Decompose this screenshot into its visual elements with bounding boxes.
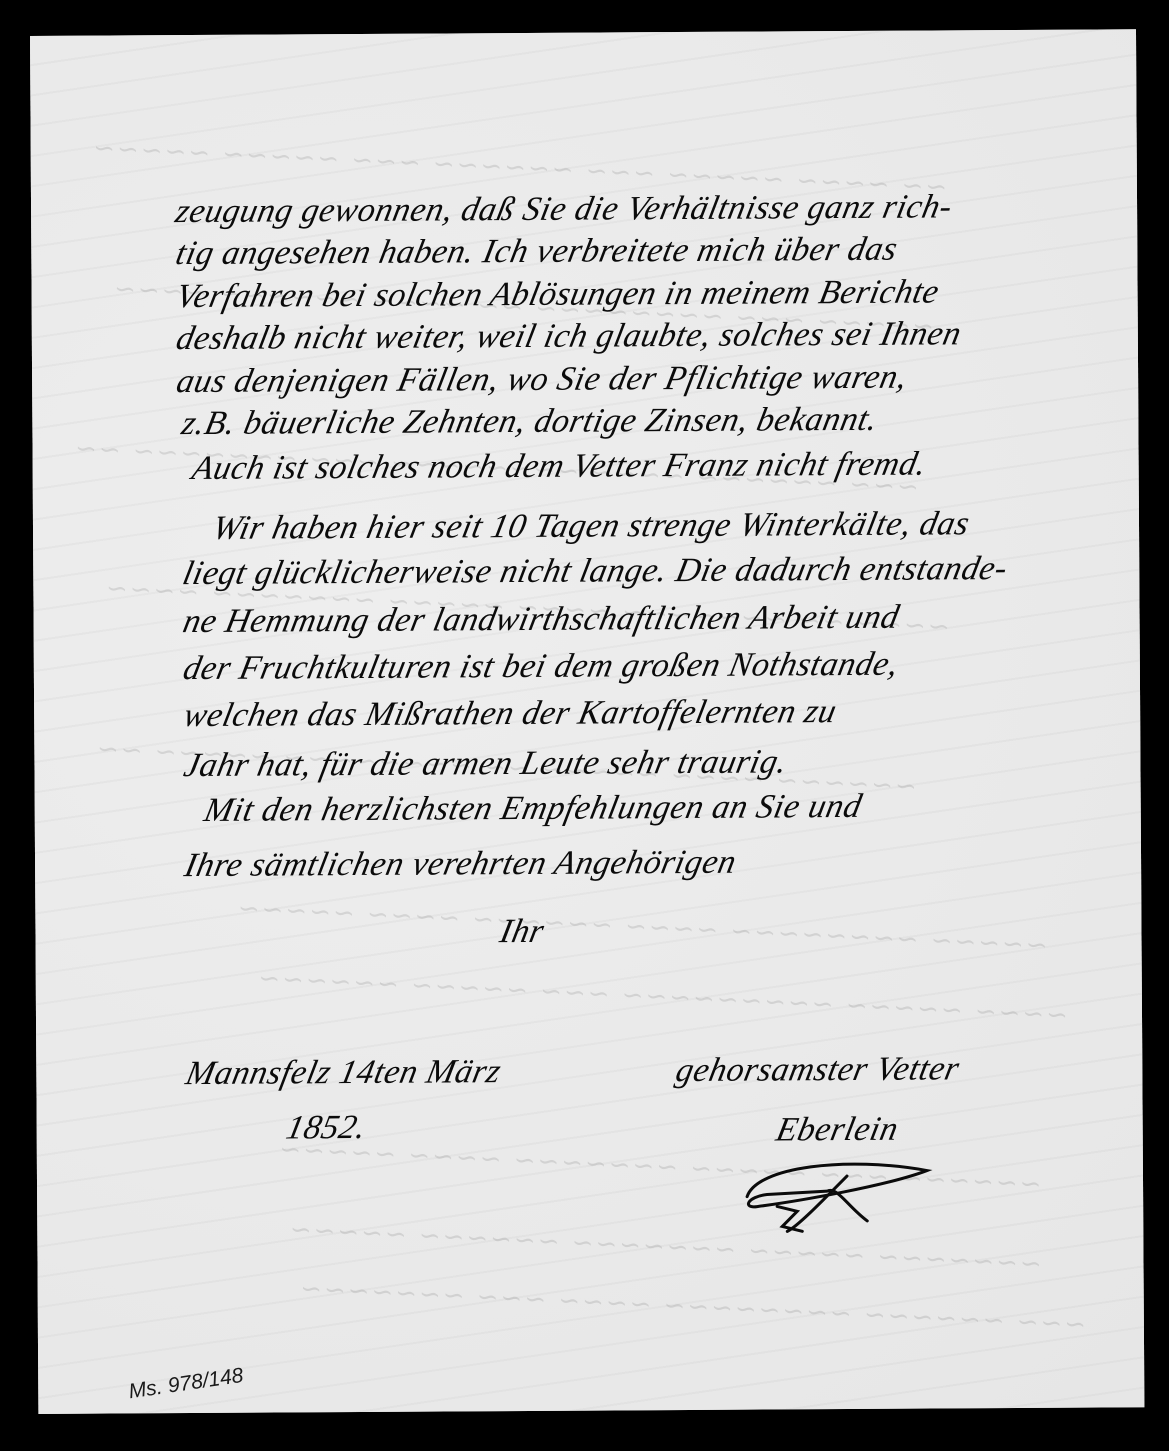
letter-page: ~~ ~~~~ ~~~~~ ~~~ ~~~~~~ ~~~ ~~~~~ ~~~~~…	[30, 29, 1144, 1414]
shelfmark-label: Ms. 978/148	[127, 1364, 245, 1405]
year: 1852.	[283, 1109, 370, 1148]
body-line: deshalb nicht weiter, weil ich glaubte, …	[173, 315, 965, 358]
body-line: liegt glücklicherweise nicht lange. Die …	[179, 550, 1011, 593]
signature: Eberlein	[773, 1111, 902, 1150]
bleed-through-text: ~~~~~ ~~~~~~~~ ~~~~ ~~~~~~ ~~~~ ~~~~~	[235, 894, 1048, 962]
bleed-through-text: ~~~ ~~~~~~ ~~~~~~~~ ~~~~ ~~~ ~~~~~~~	[298, 1274, 1087, 1340]
complimentary-close: gehorsamster Vetter	[672, 1050, 962, 1090]
body-line: Auch ist solches noch dem Vetter Franz n…	[189, 446, 930, 489]
body-line: z.B. bäuerliche Zehnten, dortige Zinsen,…	[178, 401, 881, 443]
body-line: ne Hemmung der landwirthschaftlichen Arb…	[180, 599, 903, 641]
body-line: Jahr hat, für die armen Leute sehr traur…	[181, 743, 791, 785]
body-line: aus denjenigen Fällen, wo Sie der Pflich…	[173, 359, 910, 402]
place-date: Mannsfelz 14ten März	[182, 1053, 504, 1093]
body-line: der Fruchtkulturen ist bei dem großen No…	[180, 646, 902, 688]
body-line: tig angesehen haben. Ich verbreitete mic…	[172, 231, 900, 273]
body-line: welchen das Mißrathen der Kartoffelernte…	[180, 693, 840, 735]
body-line: Ihre sämtlichen verehrten Angehörigen	[181, 844, 740, 885]
body-line: Verfahren bei solchen Ablösungen in mein…	[173, 273, 943, 316]
bleed-through-text: ~~~~ ~~~~~ ~~~~~~~~~ ~~~ ~~~~~ ~~~~~~	[256, 963, 1069, 1031]
closing-text: Ihr	[497, 913, 548, 951]
signature-flourish-icon	[737, 1145, 998, 1237]
body-line: Mit den herzlichsten Empfehlungen an Sie…	[201, 788, 865, 830]
body-line: zeugung gewonnen, daß Sie die Verhältnis…	[172, 188, 956, 231]
body-line: Wir haben hier seit 10 Tagen strenge Win…	[209, 505, 973, 548]
